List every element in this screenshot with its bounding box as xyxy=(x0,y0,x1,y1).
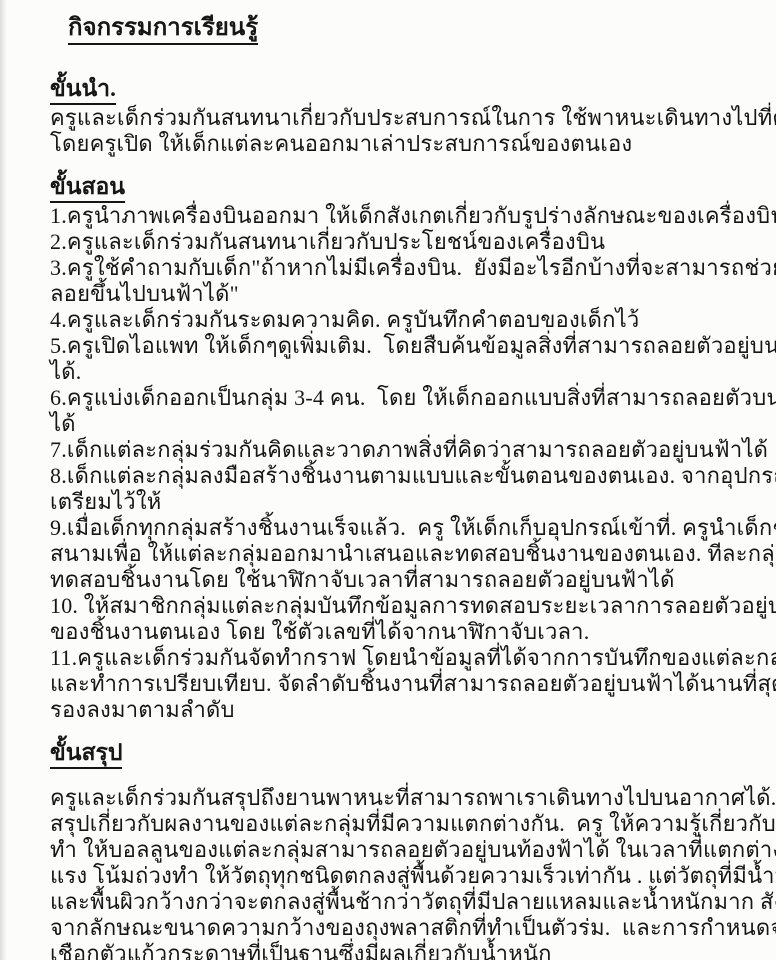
text-line: ของชิ้นงานตนเอง โดย ใช้ตัวเลขที่ได้จากนา… xyxy=(50,619,748,645)
text-line: 2.ครูและเด็กร่วมกันสนทนาเกี่ยวกับประโยชน… xyxy=(50,229,748,255)
text-line: ลอยขึ้นไปบนฟ้าได้" xyxy=(50,281,748,307)
text-line: และทำการเปรียบเทียบ. จัดลำดับชิ้นงานที่ส… xyxy=(50,671,748,697)
document-title-text: กิจกรรมการเรียนรู้ xyxy=(68,14,258,45)
text-line: 3.ครูใช้คำถามกับเด็ก"ถ้าหากไม่มีเครื่องบ… xyxy=(50,255,748,281)
section-summary: ขั้นสรุป ครูและเด็กร่วมกันสรุปถึงยานพาหน… xyxy=(50,739,748,960)
section-teach: ขั้นสอน 1.ครูนำภาพเครื่องบินออกมา ให้เด็… xyxy=(50,173,748,723)
section-teach-heading: ขั้นสอน xyxy=(50,173,748,203)
text-line: 7.เด็กแต่ละกลุ่มร่วมกันคิดและวาดภาพสิ่งท… xyxy=(50,437,748,463)
text-line: สนามเพื่อ ให้แต่ละกลุ่มออกมานำเสนอและทดส… xyxy=(50,541,748,567)
text-line: 1.ครูนำภาพเครื่องบินออกมา ให้เด็กสังเกตเ… xyxy=(50,203,748,229)
text-line: 11.ครูและเด็กร่วมกันจัดทำกราฟ โดยนำข้อมู… xyxy=(50,645,748,671)
page: กิจกรรมการเรียนรู้ ขั้นนำ. ครูและเด็กร่ว… xyxy=(0,0,776,960)
text-line: แรง โน้มถ่วงทำ ให้วัตถุทุกชนิดตกลงสู่พื้… xyxy=(50,863,748,889)
text-line: 4.ครูและเด็กร่วมกันระดมความคิด. ครูบันทึ… xyxy=(50,307,748,333)
text-line: จากลักษณะขนาดความกว้างของถุงพลาสติกที่ทำ… xyxy=(50,915,748,941)
section-intro-body: ครูและเด็กร่วมกันสนทนาเกี่ยวกับประสบการณ… xyxy=(50,105,748,157)
text-line: เตรียมไว้ให้ xyxy=(50,489,748,515)
text-line: 9.เมื่อเด็กทุกกลุ่มสร้างชิ้นงานเร็จแล้ว.… xyxy=(50,515,748,541)
text-line: โดยครูเปิด ให้เด็กแต่ละคนออกมาเล่าประสบก… xyxy=(50,131,748,157)
text-line: ครูและเด็กร่วมกันสนทนาเกี่ยวกับประสบการณ… xyxy=(50,105,748,131)
text-line: ได้. xyxy=(50,359,748,385)
document-title: กิจกรรมการเรียนรู้ xyxy=(68,14,748,45)
text-line: สรุปเกี่ยวกับผลงานของแต่ละกลุ่มที่มีความ… xyxy=(50,811,748,837)
section-intro-heading-text: ขั้นนำ. xyxy=(50,75,116,105)
section-intro: ขั้นนำ. ครูและเด็กร่วมกันสนทนาเกี่ยวกับป… xyxy=(50,75,748,157)
section-teach-heading-text: ขั้นสอน xyxy=(50,173,125,203)
text-line: ได้ xyxy=(50,411,748,437)
text-line: 5.ครูเปิดไอแพท ให้เด็กๆดูเพิ่มเติม. โดยส… xyxy=(50,333,748,359)
text-line: ทดสอบชิ้นงานโดย ใช้นาฬิกาจับเวลาที่สามาร… xyxy=(50,567,748,593)
text-line: 6.ครูแบ่งเด็กออกเป็นกลุ่ม 3-4 คน. โดย ให… xyxy=(50,385,748,411)
text-line: และพื้นผิวกว้างกว่าจะตกลงสู่พื้นช้ากว่าว… xyxy=(50,889,748,915)
text-line: รองลงมาตามลำดับ xyxy=(50,697,748,723)
text-line: 10. ให้สมาชิกกลุ่มแต่ละกลุ่มบันทึกข้อมูล… xyxy=(50,593,748,619)
text-line: 8.เด็กแต่ละกลุ่มลงมือสร้างชิ้นงานตามแบบแ… xyxy=(50,463,748,489)
text-line: เชือกตัวแก้วกระดาษที่เป็นฐานซึ่งมีผลเกี่… xyxy=(50,941,748,960)
text-line: ทำ ให้บอลลูนของแต่ละกลุ่มสามารถลอยตัวอยู… xyxy=(50,837,748,863)
section-teach-body: 1.ครูนำภาพเครื่องบินออกมา ให้เด็กสังเกตเ… xyxy=(50,203,748,723)
text-line: ครูและเด็กร่วมกันสรุปถึงยานพาหนะที่สามาร… xyxy=(50,785,748,811)
section-summary-heading: ขั้นสรุป xyxy=(50,739,748,769)
section-summary-heading-text: ขั้นสรุป xyxy=(50,739,122,769)
section-intro-heading: ขั้นนำ. xyxy=(50,75,748,105)
section-summary-body: ครูและเด็กร่วมกันสรุปถึงยานพาหนะที่สามาร… xyxy=(50,785,748,960)
